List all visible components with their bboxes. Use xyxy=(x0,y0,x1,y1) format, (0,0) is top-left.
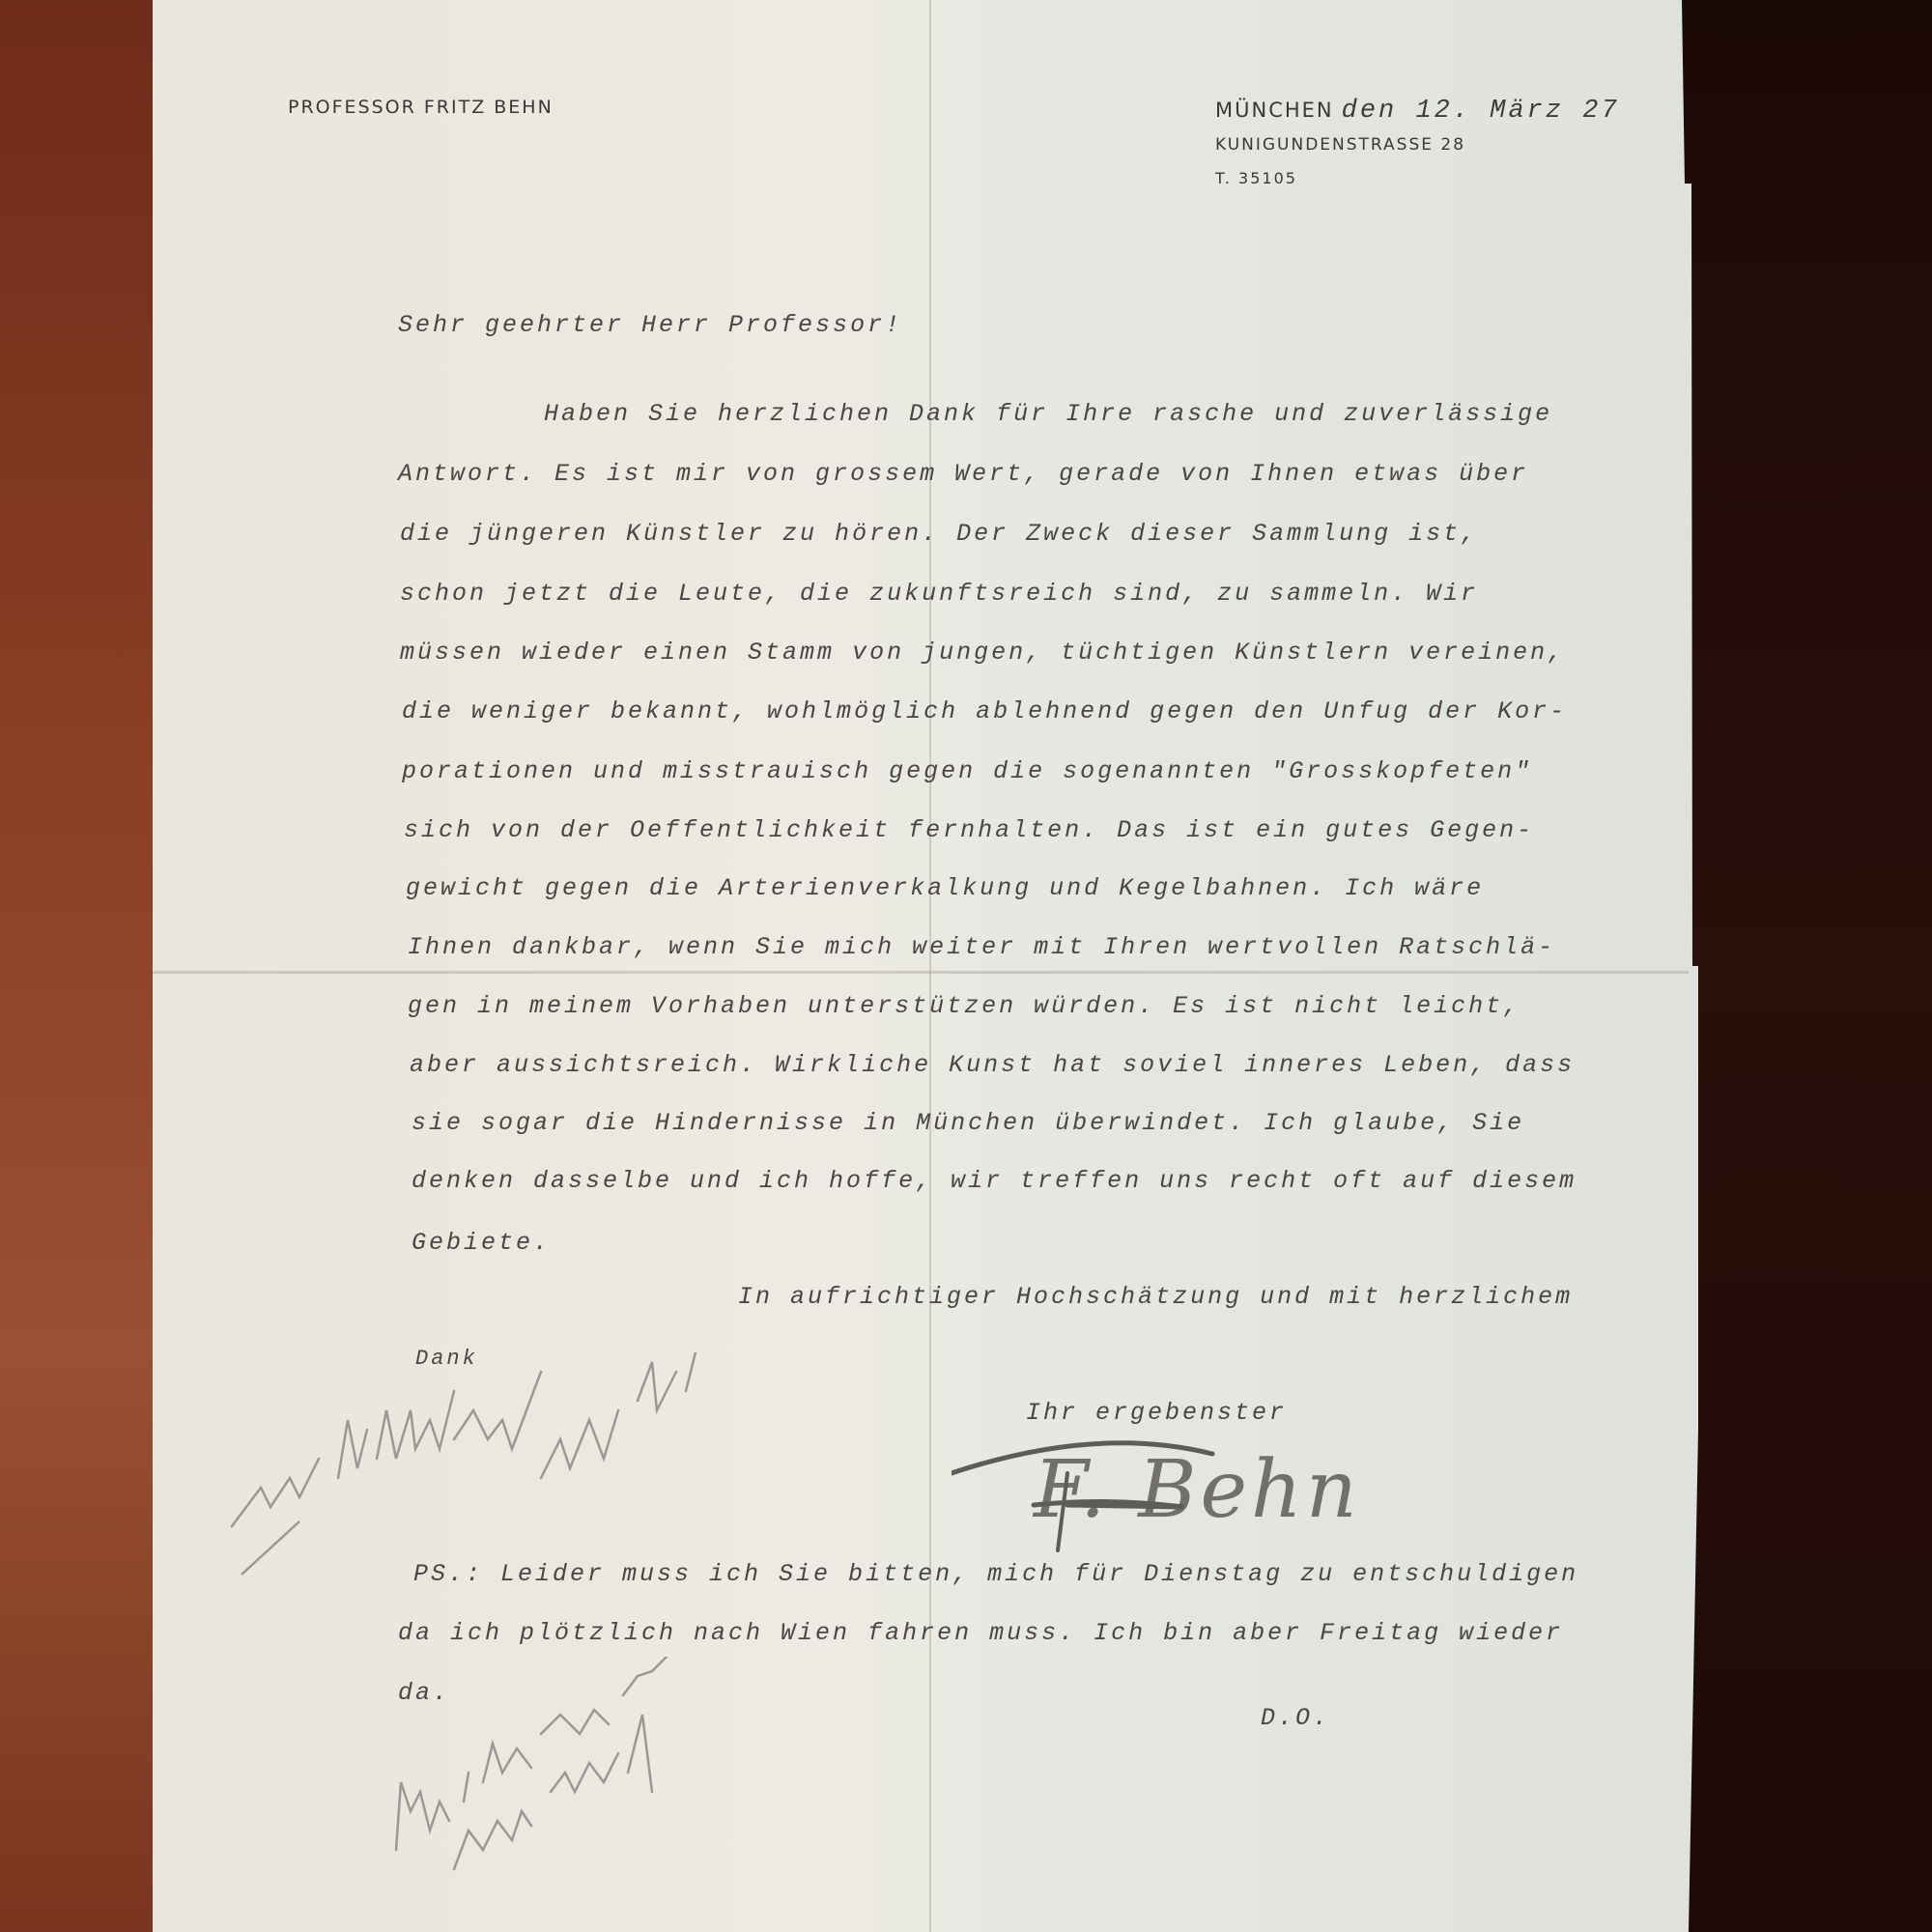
body-line: porationen und misstrauisch gegen die so… xyxy=(402,757,1532,785)
body-line: Haben Sie herzlichen Dank für Ihre rasch… xyxy=(544,400,1552,428)
dark-background-right xyxy=(1681,0,1932,1932)
pencil-annotation-1 xyxy=(222,1352,840,1584)
body-line: denken dasselbe und ich hoffe, wir treff… xyxy=(412,1167,1577,1195)
horizontal-fold-line xyxy=(153,971,1689,974)
body-line: aber aussichtsreich. Wirkliche Kunst hat… xyxy=(410,1051,1575,1079)
body-line: die jüngeren Künstler zu hören. Der Zwec… xyxy=(400,520,1478,548)
letterhead-sender: PROFESSOR FRITZ BEHN xyxy=(288,97,554,118)
body-line: die weniger bekannt, wohlmöglich ablehne… xyxy=(402,697,1567,725)
body-line: schon jetzt die Leute, die zukunftsreich… xyxy=(400,580,1478,608)
letter-date: den 12. März 27 xyxy=(1342,97,1620,126)
body-line: sich von der Oeffentlichkeit fernhalten.… xyxy=(404,816,1534,844)
signature: F. Behn xyxy=(1034,1444,1361,1536)
letterhead-street: KUNIGUNDENSTRASSE 28 xyxy=(1215,135,1465,155)
pencil-annotation-2 xyxy=(386,1657,831,1879)
body-line: gewicht gegen die Arterienverkalkung und… xyxy=(406,874,1484,902)
body-line: Gebiete. xyxy=(412,1229,551,1257)
valediction: Ihr ergebenster xyxy=(1026,1399,1287,1427)
body-line: sie sogar die Hindernisse in München übe… xyxy=(412,1109,1524,1137)
salutation: Sehr geehrter Herr Professor! xyxy=(398,311,902,339)
body-line: müssen wieder einen Stamm von jungen, tü… xyxy=(400,639,1565,667)
letterhead-city: MÜNCHEN xyxy=(1215,99,1334,122)
closing-line: In aufrichtiger Hochschätzung und mit he… xyxy=(738,1283,1573,1311)
body-line: Antwort. Es ist mir von grossem Wert, ge… xyxy=(398,460,1528,488)
wooden-table-left xyxy=(0,0,155,1932)
ps-line: da ich plötzlich nach Wien fahren muss. … xyxy=(398,1619,1563,1647)
body-line: gen in meinem Vorhaben unterstützen würd… xyxy=(408,992,1520,1020)
initials: D.O. xyxy=(1261,1704,1330,1732)
letterhead-phone: T. 35105 xyxy=(1215,169,1297,187)
body-line: Ihnen dankbar, wenn Sie mich weiter mit … xyxy=(408,933,1555,961)
letterhead-city-date: MÜNCHENden 12. März 27 xyxy=(1215,97,1620,126)
